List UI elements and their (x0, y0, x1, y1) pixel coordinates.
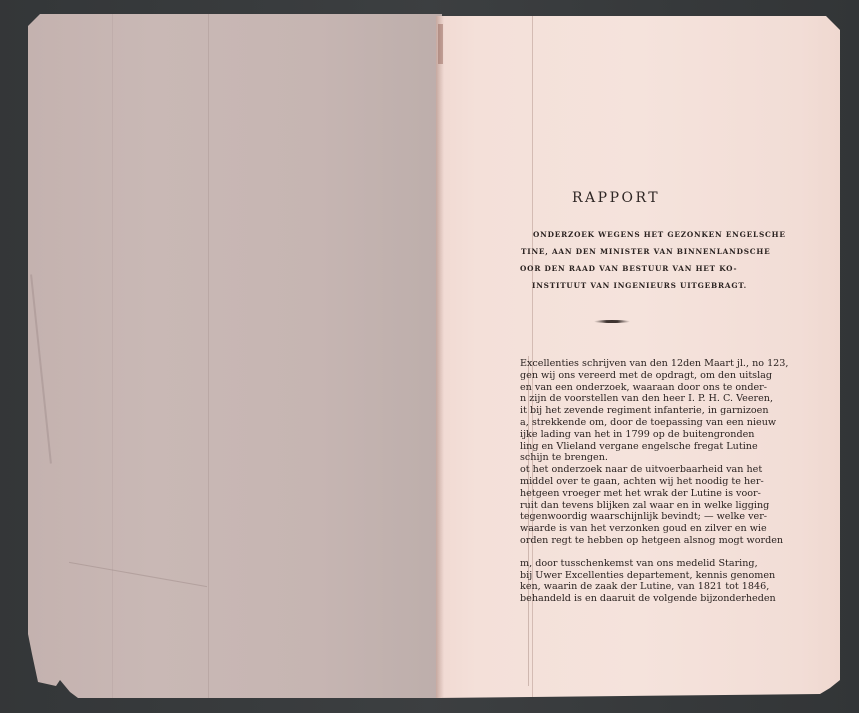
text-line: ken, waarin de zaak der Lutine, van 1821… (520, 581, 820, 593)
text-line: ruit dan tevens blijken zal waar en in w… (520, 500, 820, 512)
text-line: ot het onderzoek naar de uitvoerbaarheid… (520, 464, 820, 476)
text-line: it bij het zevende regiment infanterie, … (520, 405, 820, 417)
subtitle-line: TINE, AAN DEN MINISTER VAN BINNENLANDSCH… (520, 243, 820, 260)
text-line: a, strekkende om, door de toepassing van… (520, 417, 820, 429)
body-text: Excellenties schrijven van den 12den Maa… (520, 358, 820, 605)
text-line: bij Uwer Excellenties departement, kenni… (520, 570, 820, 582)
text-line: tegenwoordig waarschijnlijk bevindt; — w… (520, 511, 820, 523)
subtitle-line: ONDERZOEK WEGENS HET GEZONKEN ENGELSCHE (520, 226, 820, 243)
text-line: en van een onderzoek, waaraan door ons t… (520, 382, 820, 394)
binding-tear-mark (438, 24, 443, 64)
paper-crease (30, 274, 52, 463)
text-line: Excellenties schrijven van den 12den Maa… (520, 358, 820, 370)
document-subtitle: ONDERZOEK WEGENS HET GEZONKEN ENGELSCHE … (520, 226, 820, 294)
paragraph-gap (520, 547, 820, 558)
horizontal-rule-ornament-icon (594, 320, 630, 323)
left-cover-page (28, 14, 442, 698)
subtitle-line: INSTITUUT VAN INGENIEURS UITGEBRAGT. (520, 277, 820, 294)
paper-crease (69, 562, 207, 587)
text-line: ijke lading van het in 1799 op de buiten… (520, 429, 820, 441)
text-line: orden regt te hebben op hetgeen alsnog m… (520, 535, 820, 547)
text-line: n zijn de voorstellen van den heer I. P.… (520, 393, 820, 405)
subtitle-line: OOR DEN RAAD VAN BESTUUR VAN HET KO- (520, 260, 820, 277)
text-line: gen wij ons vereerd met de opdragt, om d… (520, 370, 820, 382)
text-line: m, door tusschenkemst van ons medelid St… (520, 558, 820, 570)
paper-fold-line (208, 14, 209, 698)
text-line: hetgeen vroeger met het wrak der Lutine … (520, 488, 820, 500)
document-title: RAPPORT (572, 190, 660, 206)
text-line: ling en Vlieland vergane engelsche frega… (520, 441, 820, 453)
text-line: schijn te brengen. (520, 452, 820, 464)
text-line: behandeld is en daaruit de volgende bijz… (520, 593, 820, 605)
text-line: middel over te gaan, achten wij het nood… (520, 476, 820, 488)
text-line: waarde is van het verzonken goud en zilv… (520, 523, 820, 535)
spine-shadow (436, 16, 444, 698)
paper-fold-line (112, 14, 113, 698)
